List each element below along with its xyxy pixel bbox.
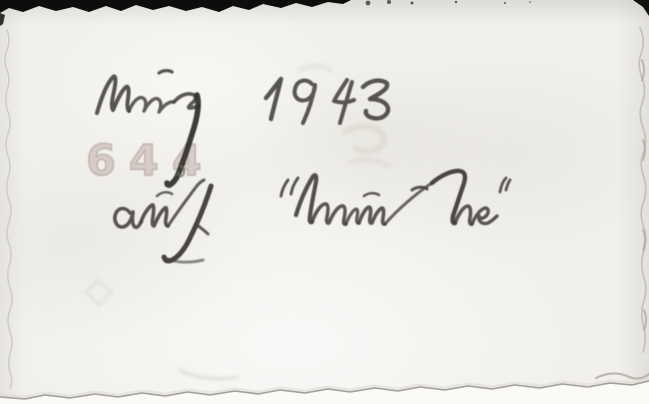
close-quote <box>500 178 510 192</box>
deckle-left-edge <box>5 30 12 388</box>
deckle-right-edge <box>639 28 646 352</box>
stroke-u2-breve <box>364 193 379 196</box>
ghost-crease <box>180 370 238 379</box>
open-quote <box>281 178 298 196</box>
word-auf <box>115 180 211 262</box>
stroke-n <box>312 204 346 224</box>
stroke-f-tail <box>164 257 203 262</box>
left-edge-scallops <box>5 30 12 388</box>
word-unruhe <box>296 171 497 224</box>
digit-4 <box>334 80 354 123</box>
stroke-e <box>472 208 497 224</box>
ghost-smudge <box>300 66 330 70</box>
word-1943 <box>266 79 388 123</box>
stroke-u-breve <box>157 192 172 196</box>
digit-3 <box>363 81 388 119</box>
stroke-umlaut-dash <box>159 71 172 73</box>
ghost-smudge <box>350 160 390 166</box>
stroke-f-bar <box>197 225 208 234</box>
stroke-m-lead <box>97 76 129 113</box>
top-left-nub <box>0 13 5 26</box>
ghost-diamond-mark <box>86 280 111 305</box>
ghost-smudge <box>345 126 384 151</box>
stroke-r <box>346 209 359 224</box>
deckle-bottom-edge <box>0 373 649 404</box>
stroke-a <box>115 209 141 228</box>
stroke-u <box>141 205 168 226</box>
stroke-h-connect <box>385 183 432 224</box>
scan-artwork <box>0 0 649 404</box>
top-edge-specks <box>366 0 531 5</box>
digit-9 <box>295 81 315 123</box>
stroke-u2 <box>359 207 385 224</box>
digit-1 <box>266 79 281 119</box>
handwriting-line1 <box>97 71 388 185</box>
deckle-top-edge <box>0 0 649 26</box>
stroke-ae-humps <box>129 98 174 112</box>
photo-back-scan: 644 März 1943 auf "Unruhe" <box>0 0 649 404</box>
top-right-corner <box>633 0 649 16</box>
bottom-right-curl <box>596 373 649 378</box>
top-black-band <box>0 0 351 13</box>
